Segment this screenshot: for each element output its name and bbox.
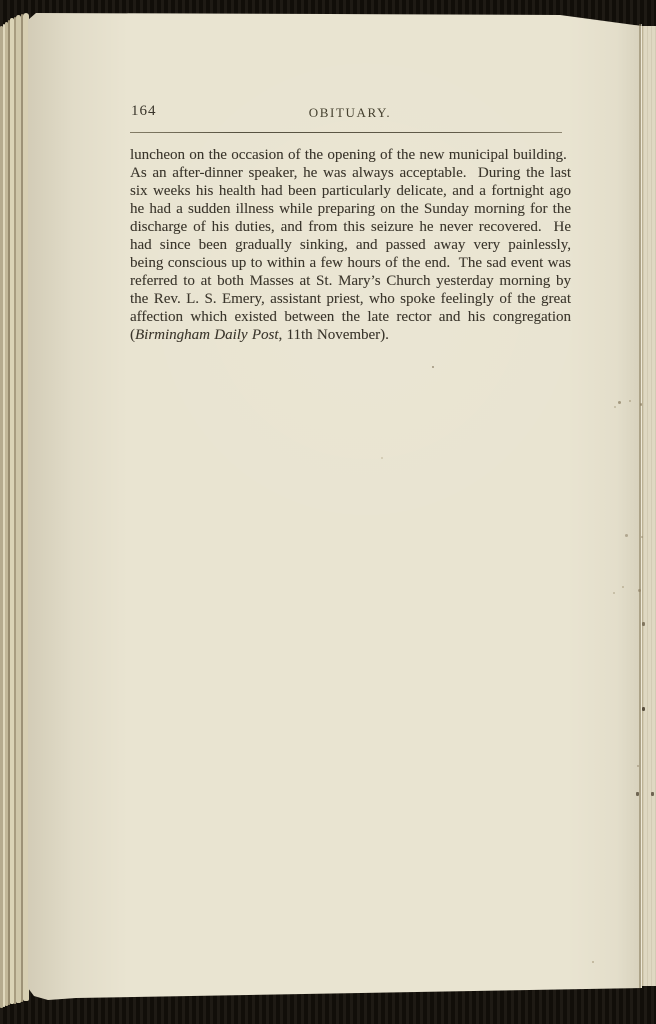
foxing-speck — [625, 534, 628, 537]
foxing-speck — [640, 403, 642, 406]
paragraph-text: luncheon on the occasion of the opening … — [130, 147, 571, 343]
paragraph-text-end: , 11th November). — [279, 327, 389, 343]
running-head: OBITUARY. — [130, 105, 570, 121]
foxing-speck — [651, 792, 654, 796]
foxing-speck — [636, 792, 639, 796]
foxing-speck — [622, 586, 624, 588]
scanned-book-photo: 164 OBITUARY. luncheon on the occasion o… — [0, 0, 656, 1024]
foxing-speck — [613, 592, 615, 594]
foxing-speck — [614, 406, 616, 408]
foxing-speck — [637, 765, 639, 767]
foxing-speck — [642, 622, 645, 626]
obituary-paragraph: luncheon on the occasion of the opening … — [130, 146, 571, 344]
cited-publication: Birmingham Daily Post — [135, 327, 279, 343]
adjacent-page-edge — [642, 26, 656, 986]
foxing-speck — [642, 707, 645, 711]
foxing-speck — [641, 536, 643, 538]
foxing-speck — [618, 401, 621, 404]
foxing-speck — [432, 366, 434, 368]
header-rule — [130, 132, 562, 133]
foxing-speck — [592, 961, 594, 963]
foxing-speck — [381, 457, 383, 459]
foxing-speck — [638, 589, 641, 592]
foxing-speck — [629, 400, 631, 402]
